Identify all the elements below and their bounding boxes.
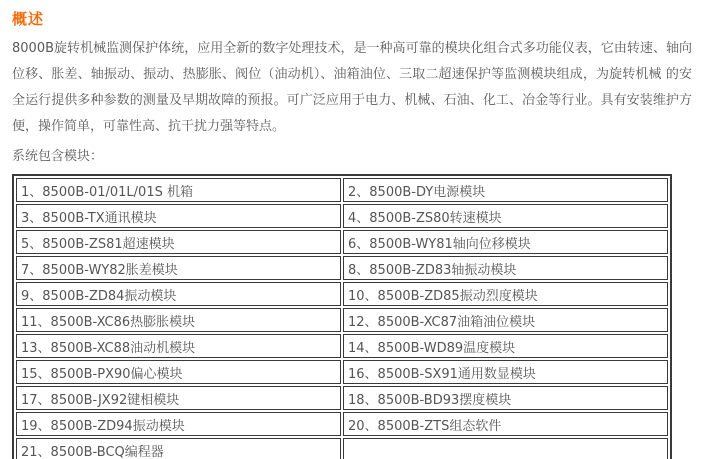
- module-cell: 12、8500B-XC87油箱油位模块: [343, 308, 668, 332]
- module-cell: 7、8500B-WY82胀差模块: [16, 256, 341, 280]
- module-cell: 9、8500B-ZD84振动模块: [16, 282, 341, 306]
- module-cell: 1、8500B-01/01L/01S 机箱: [16, 178, 341, 202]
- modules-table: 1、8500B-01/01L/01S 机箱 2、8500B-DY电源模块 3、8…: [12, 174, 672, 459]
- module-cell: 2、8500B-DY电源模块: [343, 178, 668, 202]
- module-cell: 21、8500B-BCQ编程器: [16, 438, 341, 459]
- module-cell: 16、8500B-SX91通用数显模块: [343, 360, 668, 384]
- module-cell: 5、8500B-ZS81超速模块: [16, 230, 341, 254]
- module-cell: 11、8500B-XC86热膨胀模块: [16, 308, 341, 332]
- section-heading-overview: 概述: [12, 8, 701, 29]
- table-row: 13、8500B-XC88油动机模块 14、8500B-WD89温度模块: [16, 334, 668, 358]
- module-cell: 8、8500B-ZD83轴振动模块: [343, 256, 668, 280]
- table-row: 5、8500B-ZS81超速模块 6、8500B-WY81轴向位移模块: [16, 230, 668, 254]
- modules-table-body: 1、8500B-01/01L/01S 机箱 2、8500B-DY电源模块 3、8…: [16, 178, 668, 459]
- table-row: 1、8500B-01/01L/01S 机箱 2、8500B-DY电源模块: [16, 178, 668, 202]
- table-row: 19、8500B-ZD94振动模块 20、8500B-ZTS组态软件: [16, 412, 668, 436]
- table-row: 7、8500B-WY82胀差模块 8、8500B-ZD83轴振动模块: [16, 256, 668, 280]
- module-cell: 6、8500B-WY81轴向位移模块: [343, 230, 668, 254]
- overview-paragraph: 8000B旋转机械监测保护体统，应用全新的数字处理技术，是一种高可靠的模块化组合…: [12, 36, 692, 140]
- module-cell: 19、8500B-ZD94振动模块: [16, 412, 341, 436]
- modules-list-label: 系统包含模块：: [12, 146, 701, 168]
- module-cell: 13、8500B-XC88油动机模块: [16, 334, 341, 358]
- module-cell: 17、8500B-JX92键相模块: [16, 386, 341, 410]
- table-row: 21、8500B-BCQ编程器: [16, 438, 668, 459]
- table-row: 3、8500B-TX通讯模块 4、8500B-ZS80转速模块: [16, 204, 668, 228]
- table-row: 11、8500B-XC86热膨胀模块 12、8500B-XC87油箱油位模块: [16, 308, 668, 332]
- module-cell: 10、8500B-ZD85振动烈度模块: [343, 282, 668, 306]
- module-cell: 18、8500B-BD93摆度模块: [343, 386, 668, 410]
- table-row: 15、8500B-PX90偏心模块 16、8500B-SX91通用数显模块: [16, 360, 668, 384]
- module-cell: [343, 438, 668, 459]
- table-row: 9、8500B-ZD84振动模块 10、8500B-ZD85振动烈度模块: [16, 282, 668, 306]
- module-cell: 15、8500B-PX90偏心模块: [16, 360, 341, 384]
- module-cell: 20、8500B-ZTS组态软件: [343, 412, 668, 436]
- module-cell: 4、8500B-ZS80转速模块: [343, 204, 668, 228]
- document-page: 概述 8000B旋转机械监测保护体统，应用全新的数字处理技术，是一种高可靠的模块…: [0, 0, 701, 459]
- module-cell: 3、8500B-TX通讯模块: [16, 204, 341, 228]
- table-row: 17、8500B-JX92键相模块 18、8500B-BD93摆度模块: [16, 386, 668, 410]
- module-cell: 14、8500B-WD89温度模块: [343, 334, 668, 358]
